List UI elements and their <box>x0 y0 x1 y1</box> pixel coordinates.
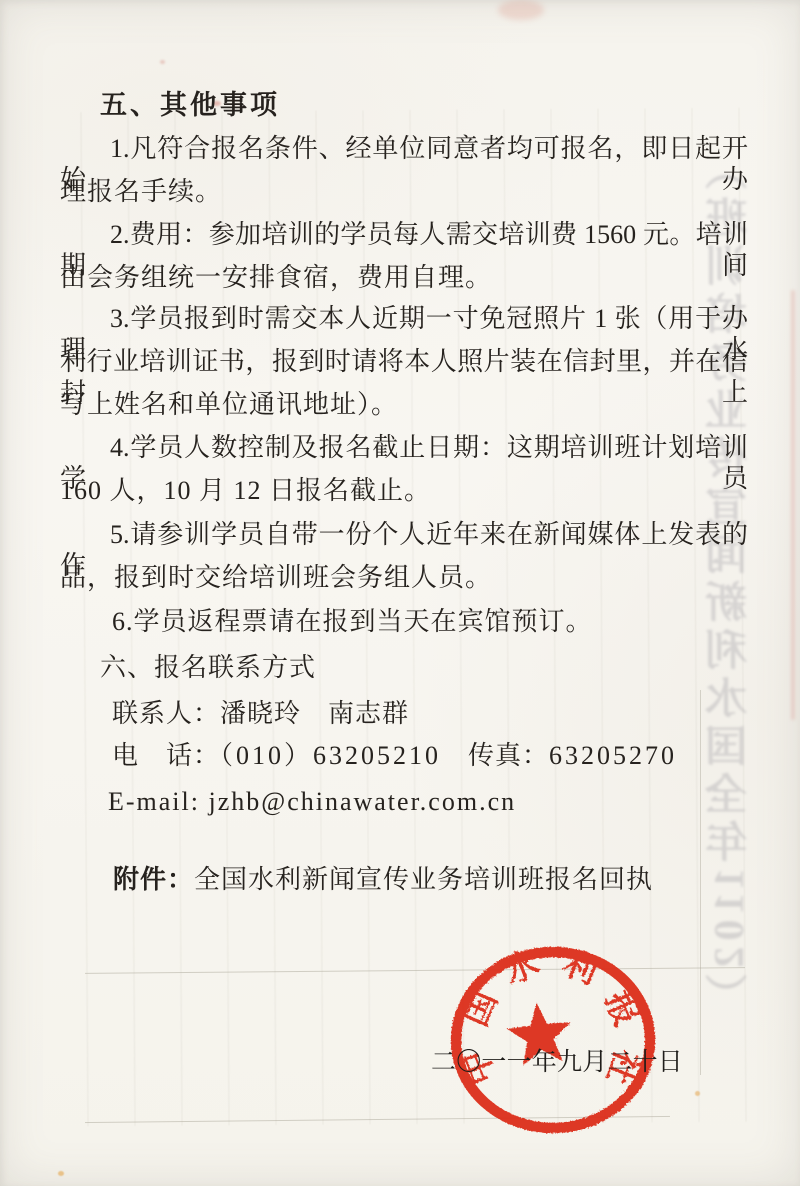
item-4-line-2: 160 人，10 月 12 日报名截止。 <box>60 475 748 506</box>
attachment-label: 附件： <box>113 864 194 894</box>
attachment-title: 全国水利新闻宣传业务培训班报名回执 <box>194 865 653 894</box>
item-5-line-2: 品，报到时交给培训班会务组人员。 <box>60 562 748 593</box>
scan-speck <box>160 60 165 64</box>
bleedthrough-mirrored-text: （班训培务业传宣闻新利水国全年1102） <box>704 148 760 1138</box>
phone-number: （010）63205210 <box>220 741 441 770</box>
contact-phone-line: 电 话：（010）63205210 传真：63205270 <box>112 740 800 771</box>
contact-person-line: 联系人：潘晓玲 南志群 <box>112 698 800 729</box>
contact-email-line: E-mail: jzhb@chinawater.com.cn <box>108 786 796 817</box>
section-5-heading: 五、其他事项 <box>100 90 788 121</box>
attachment-line: 附件：全国水利新闻宣传业务培训班报名回执 <box>113 864 800 895</box>
document-date: 二〇一一年九月二十日 <box>431 1042 683 1078</box>
official-seal-stamp: 中国水利报社 <box>450 943 657 1137</box>
email-address: jzhb@chinawater.com.cn <box>208 787 516 816</box>
seal-graphic: 中国水利报社 <box>450 943 657 1137</box>
fax-label: 传真： <box>441 741 549 770</box>
scan-smudge <box>498 0 544 20</box>
scan-speck <box>58 1171 64 1176</box>
item-2-line-2: 由会务组统一安排食宿，费用自理。 <box>60 262 748 293</box>
scan-streak <box>791 290 795 720</box>
email-label: E-mail: <box>108 787 200 816</box>
fax-number: 63205270 <box>549 741 677 770</box>
scanned-document-page: （班训培务业传宣闻新利水国全年1102） 五、其他事项 1.凡符合报名条件、经单… <box>0 0 800 1186</box>
section-6-heading: 六、报名联系方式 <box>100 652 788 683</box>
phone-label: 电 话： <box>112 741 220 770</box>
scan-speck <box>695 1091 700 1096</box>
item-3-line-3: 写上姓名和单位通讯地址）。 <box>60 389 748 420</box>
item-6-line: 6.学员返程票请在报到当天在宾馆预订。 <box>112 606 800 637</box>
item-1-line-2: 理报名手续。 <box>60 176 748 207</box>
